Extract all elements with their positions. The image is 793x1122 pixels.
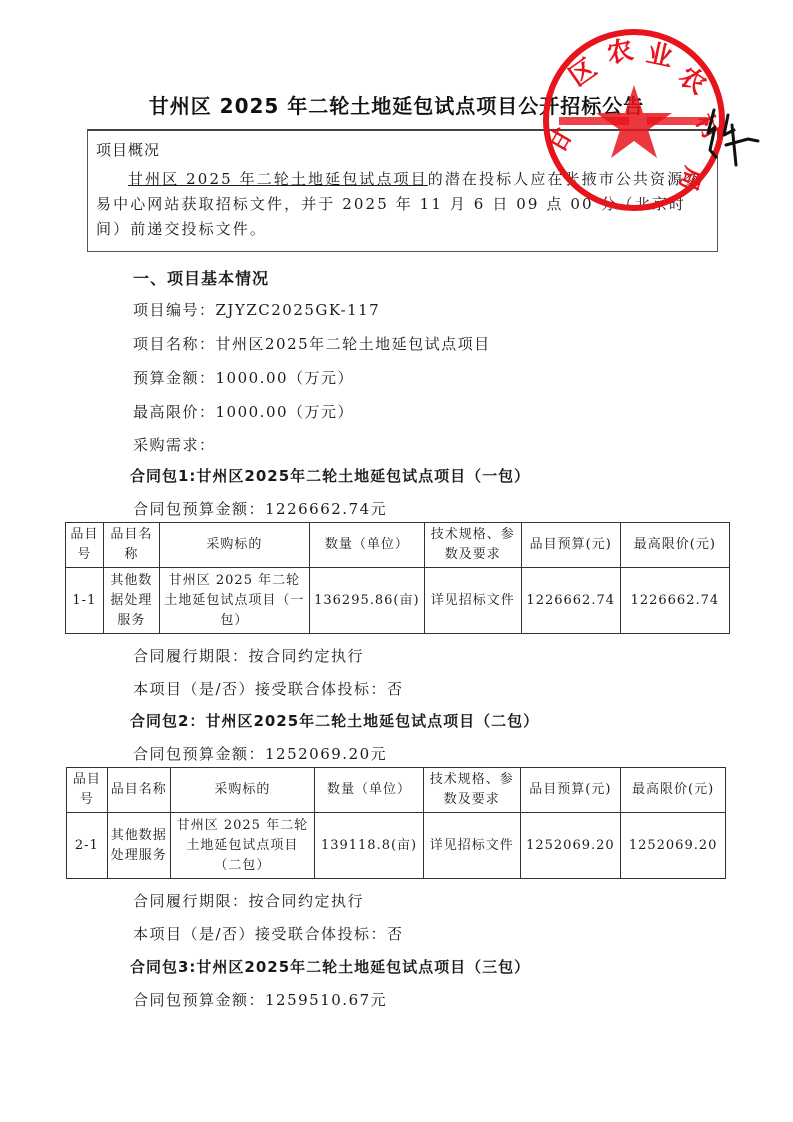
svg-text:业: 业 xyxy=(644,39,676,74)
project-name: 项目名称：甘州区2025年二轮土地延包试点项目 xyxy=(133,333,491,354)
header-max-price: 最高限价(元) xyxy=(621,768,726,813)
package-1-budget: 合同包预算金额：1226662.74元 xyxy=(133,498,387,519)
header-item-no: 品目号 xyxy=(67,768,108,813)
header-subject: 采购标的 xyxy=(170,768,314,813)
package-2-table: 品目号 品目名称 采购标的 数量（单位） 技术规格、参数及要求 品目预算(元) … xyxy=(66,767,726,879)
cell-spec: 详见招标文件 xyxy=(424,568,521,634)
package-2-term: 合同履行期限：按合同约定执行 xyxy=(133,890,364,911)
header-item-budget: 品目预算(元) xyxy=(521,523,620,568)
cell-max-price: 1252069.20 xyxy=(621,813,726,879)
cell-max-price: 1226662.74 xyxy=(620,568,729,634)
cell-item-name: 其他数据处理服务 xyxy=(103,568,159,634)
package-2-consortium: 本项目（是/否）接受联合体投标：否 xyxy=(133,923,404,944)
package-3-heading: 合同包3:甘州区2025年二轮土地延包试点项目（三包） xyxy=(130,956,530,977)
package-2-budget: 合同包预算金额：1252069.20元 xyxy=(133,743,387,764)
header-subject: 采购标的 xyxy=(159,523,309,568)
table-header-row: 品目号 品目名称 采购标的 数量（单位） 技术规格、参数及要求 品目预算(元) … xyxy=(66,523,730,568)
cell-subject: 甘州区 2025 年二轮土地延包试点项目（二包） xyxy=(170,813,314,879)
cell-item-no: 1-1 xyxy=(66,568,104,634)
header-item-budget: 品目预算(元) xyxy=(520,768,621,813)
document-title: 甘州区 2025 年二轮土地延包试点项目公开招标公告 xyxy=(0,90,793,119)
header-item-name: 品目名称 xyxy=(107,768,170,813)
header-item-name: 品目名称 xyxy=(103,523,159,568)
budget-amount: 预算金额：1000.00（万元） xyxy=(133,367,354,388)
header-spec: 技术规格、参数及要求 xyxy=(423,768,520,813)
table-row: 1-1 其他数据处理服务 甘州区 2025 年二轮土地延包试点项目（一包） 13… xyxy=(66,568,730,634)
package-1-term: 合同履行期限：按合同约定执行 xyxy=(133,645,364,666)
svg-text:区: 区 xyxy=(564,53,603,92)
cell-item-budget: 1226662.74 xyxy=(521,568,620,634)
package-3-budget: 合同包预算金额：1259510.67元 xyxy=(133,989,387,1010)
package-1-consortium: 本项目（是/否）接受联合体投标：否 xyxy=(133,678,404,699)
table-row: 2-1 其他数据处理服务 甘州区 2025 年二轮土地延包试点项目（二包） 13… xyxy=(67,813,726,879)
header-max-price: 最高限价(元) xyxy=(620,523,729,568)
svg-text:农: 农 xyxy=(604,35,636,70)
cell-quantity: 139118.8(亩) xyxy=(315,813,424,879)
cell-item-no: 2-1 xyxy=(67,813,108,879)
procurement-needs: 采购需求： xyxy=(133,434,216,455)
overview-paragraph: 甘州区 2025 年二轮土地延包试点项目的潜在投标人应在张掖市公共资源交易中心网… xyxy=(96,167,706,242)
package-1-heading: 合同包1:甘州区2025年二轮土地延包试点项目（一包） xyxy=(130,465,530,486)
cell-spec: 详见招标文件 xyxy=(423,813,520,879)
table-header-row: 品目号 品目名称 采购标的 数量（单位） 技术规格、参数及要求 品目预算(元) … xyxy=(67,768,726,813)
cell-quantity: 136295.86(亩) xyxy=(309,568,424,634)
cell-item-budget: 1252069.20 xyxy=(520,813,621,879)
section-heading: 一、项目基本情况 xyxy=(133,266,269,289)
header-quantity: 数量（单位） xyxy=(315,768,424,813)
overview-heading: 项目概况 xyxy=(96,139,160,160)
project-number: 项目编号：ZJYZC2025GK-117 xyxy=(133,299,380,320)
header-item-no: 品目号 xyxy=(66,523,104,568)
cell-subject: 甘州区 2025 年二轮土地延包试点项目（一包） xyxy=(159,568,309,634)
package-2-heading: 合同包2：甘州区2025年二轮土地延包试点项目（二包） xyxy=(130,710,539,731)
project-overview-box: 项目概况 甘州区 2025 年二轮土地延包试点项目的潜在投标人应在张掖市公共资源… xyxy=(87,129,718,252)
header-spec: 技术规格、参数及要求 xyxy=(424,523,521,568)
package-1-table: 品目号 品目名称 采购标的 数量（单位） 技术规格、参数及要求 品目预算(元) … xyxy=(65,522,730,634)
cell-item-name: 其他数据处理服务 xyxy=(107,813,170,879)
header-quantity: 数量（单位） xyxy=(309,523,424,568)
max-price: 最高限价：1000.00（万元） xyxy=(133,401,354,422)
project-name-link: 甘州区 2025 年二轮土地延包试点项目 xyxy=(128,170,428,188)
